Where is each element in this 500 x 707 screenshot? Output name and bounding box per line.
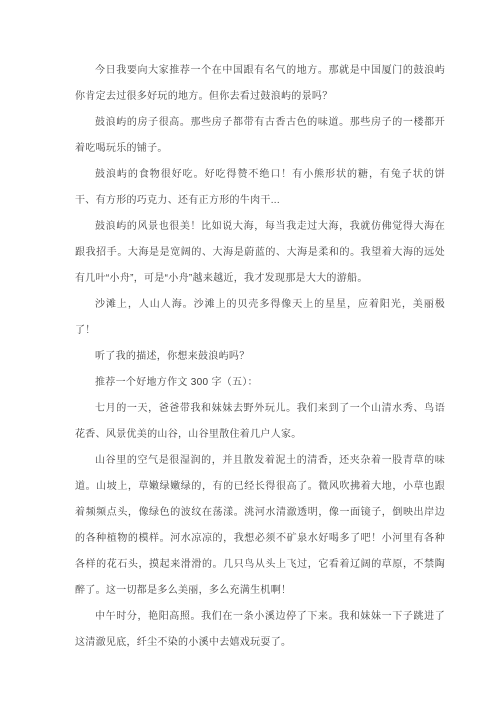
paragraph: 山谷里的空气是很湿润的，并且散发着泥土的清香，还夹杂着一股青草的味道。山坡上，草… xyxy=(75,448,445,604)
paragraph: 七月的一天，爸爸带我和妹妹去野外玩儿。我们来到了一个山清水秀、鸟语花香、风景优美… xyxy=(75,396,445,448)
paragraph: 听了我的描述，你想来鼓浪屿吗？ xyxy=(75,344,445,370)
paragraph: 鼓浪屿的风景也很美！比如说大海，每当我走过大海，我就仿佛觉得大海在跟我招手。大海… xyxy=(75,214,445,292)
paragraph: 沙滩上，人山人海。沙滩上的贝壳多得像天上的星星，应着阳光，美丽极了！ xyxy=(75,292,445,344)
paragraph: 中午时分，艳阳高照。我们在一条小溪边停了下来。我和妹妹一下子跳进了这清澈见底，纤… xyxy=(75,604,445,656)
paragraph: 推荐一个好地方作文 300 字（五）： xyxy=(75,370,445,396)
paragraph: 鼓浪屿的食物很好吃。好吃得赞不绝口！有小熊形状的糖，有兔子状的饼干、有方形的巧克… xyxy=(75,162,445,214)
document-body: 今日我要向大家推荐一个在中国跟有名气的地方。那就是中国厦门的鼓浪屿你肯定去过很多… xyxy=(75,58,445,656)
paragraph: 今日我要向大家推荐一个在中国跟有名气的地方。那就是中国厦门的鼓浪屿你肯定去过很多… xyxy=(75,58,445,110)
paragraph: 鼓浪屿的房子很高。那些房子都带有古香古色的味道。那些房子的一楼都开着吃喝玩乐的铺… xyxy=(75,110,445,162)
